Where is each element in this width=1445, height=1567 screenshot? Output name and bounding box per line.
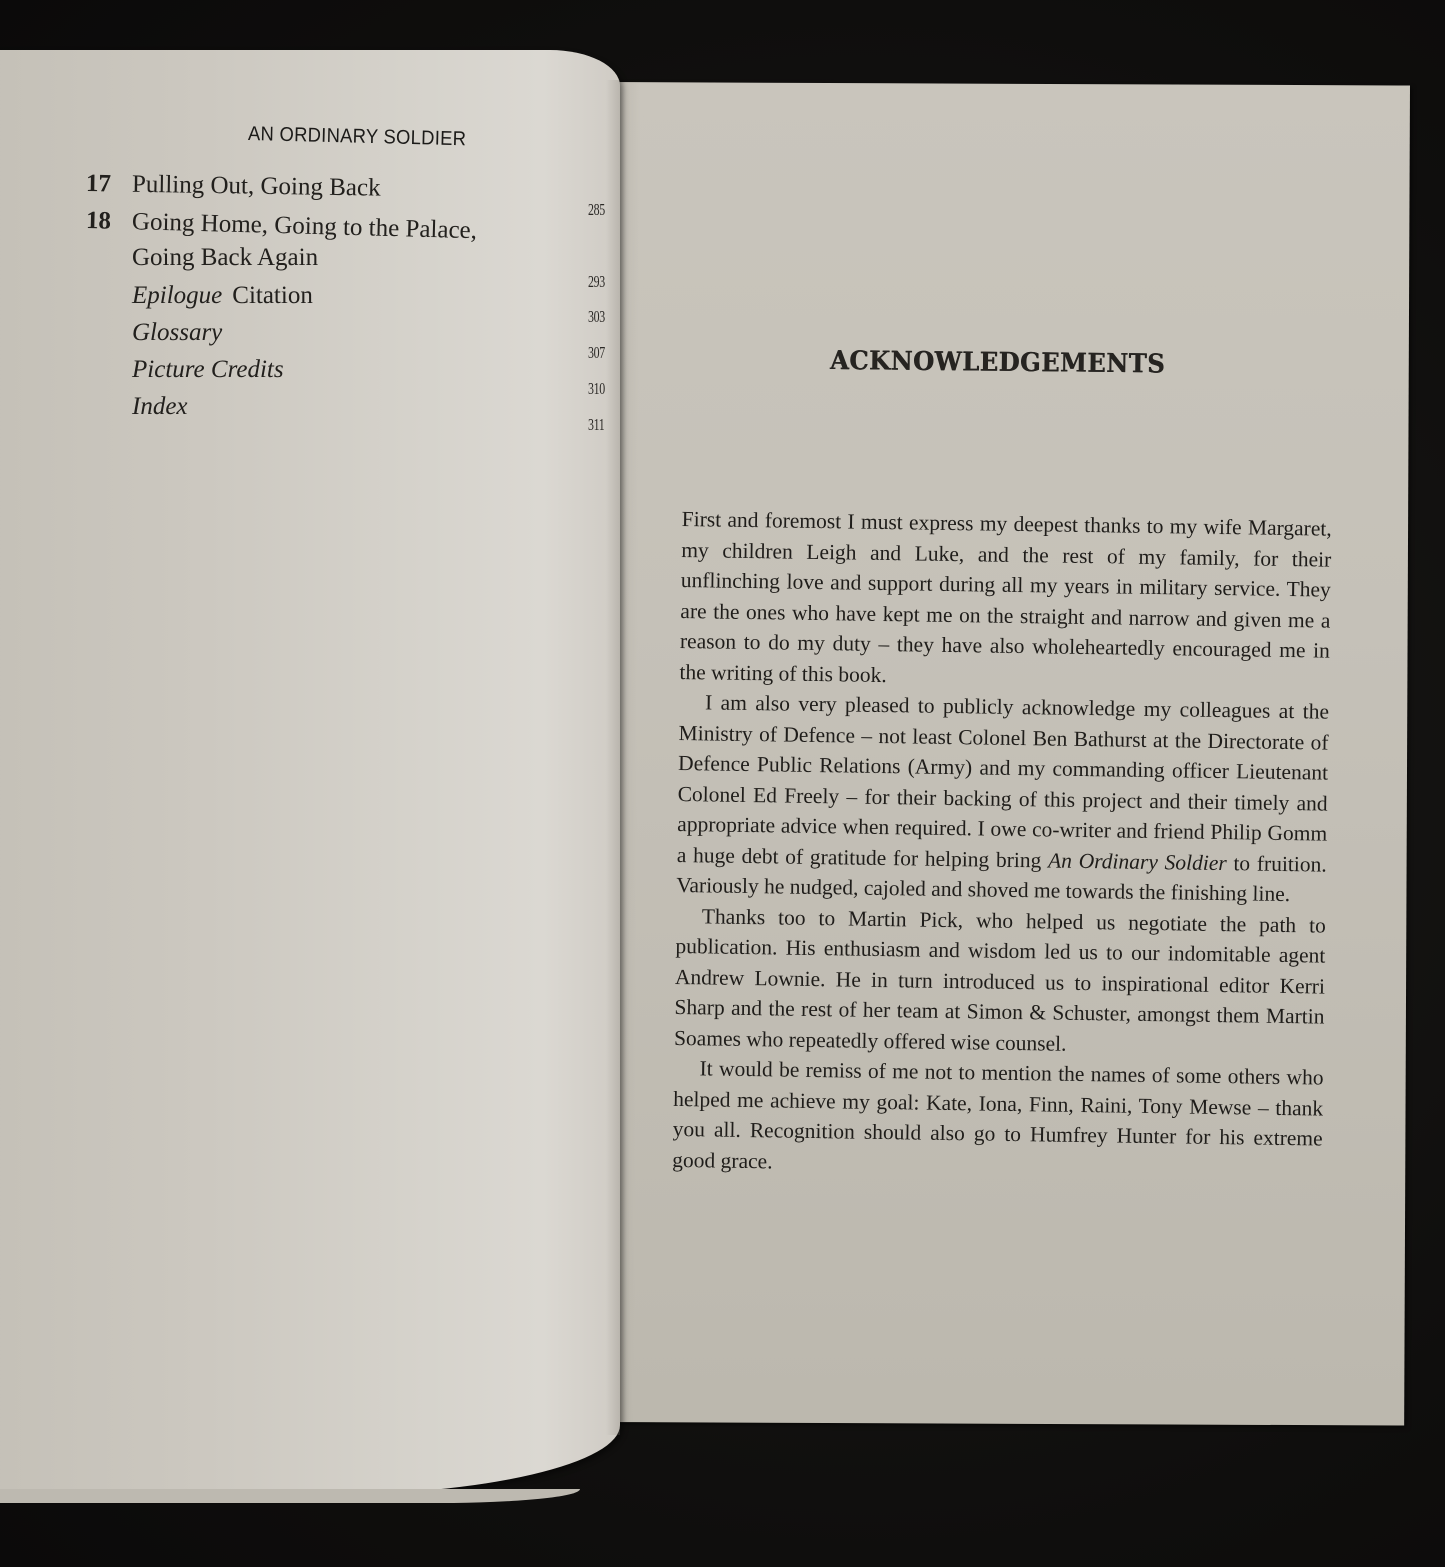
toc-entry: Glossary	[132, 319, 222, 347]
acknowledgements-body: First and foremost I must express my dee…	[672, 504, 1332, 1185]
paragraph: Thanks too to Martin Pick, who helped us…	[674, 900, 1326, 1062]
paragraph: First and foremost I must express my dee…	[679, 504, 1332, 697]
paragraph: It would be remiss of me not to mention …	[672, 1053, 1324, 1185]
paragraph: I am also very pleased to publicly ackno…	[676, 687, 1329, 910]
page-number: 310	[588, 379, 605, 399]
page-number: 285	[588, 200, 605, 220]
section-title: Glossary	[132, 319, 222, 347]
chapter-title: Going Back Again	[132, 244, 318, 272]
page-number: 311	[588, 415, 604, 435]
page-number: 307	[588, 343, 605, 363]
section-title: Epilogue	[132, 282, 222, 310]
section-title: Index	[132, 393, 188, 421]
section-subtitle: Citation	[232, 282, 313, 309]
book-title: An Ordinary Soldier	[1048, 848, 1227, 875]
chapter-number: 18	[86, 207, 133, 236]
page-title: ACKNOWLEDGEMENTS	[830, 346, 1165, 380]
page-number: 303	[588, 307, 605, 327]
toc-entry: Index	[132, 393, 188, 421]
toc-entry: Picture Credits	[132, 356, 284, 384]
toc-entry: Going Back Again	[132, 244, 318, 272]
page-number: 293	[588, 272, 605, 292]
paragraph-text: I am also very pleased to publicly ackno…	[677, 690, 1330, 872]
section-title: Picture Credits	[132, 356, 284, 384]
page-stack-edge	[0, 1489, 580, 1503]
chapter-number: 17	[86, 170, 132, 199]
toc-entry: EpilogueCitation	[132, 282, 313, 310]
chapter-title: Pulling Out, Going Back	[132, 171, 381, 203]
toc-entry: 17Pulling Out, Going Back	[86, 170, 381, 203]
